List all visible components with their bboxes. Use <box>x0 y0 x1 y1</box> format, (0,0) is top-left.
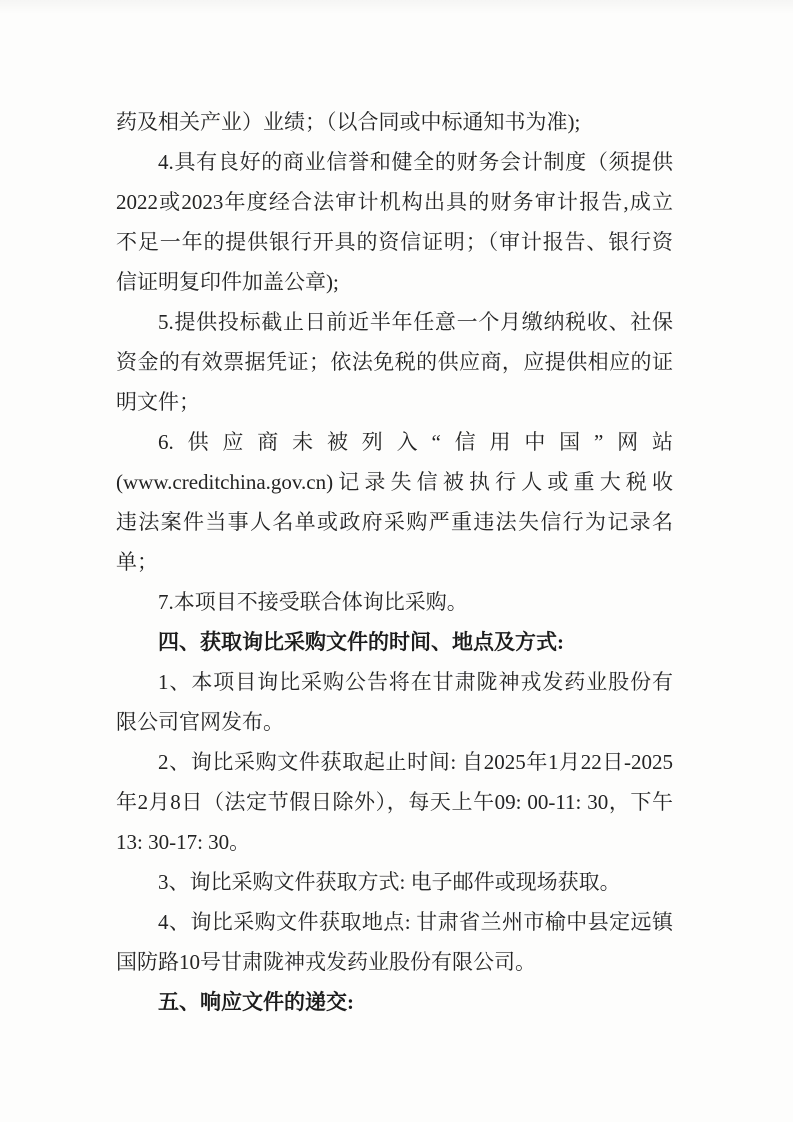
text-line-17: 2、询比采购文件获取起止时间: 自2025年1月22日-2025 <box>116 742 673 782</box>
document-page: 药及相关产业）业绩；（以合同或中标通知书为准);4.具有良好的商业信誉和健全的财… <box>0 0 793 1122</box>
text-line-20: 3、询比采购文件获取方式: 电子邮件或现场获取。 <box>116 862 673 902</box>
text-line-8: 明文件； <box>116 382 673 422</box>
text-line-18: 年2月8日（法定节假日除外），每天上午09: 00-11: 30，下午 <box>116 782 673 822</box>
text-line-16: 限公司官网发布。 <box>116 702 673 742</box>
text-line-23: 五、响应文件的递交: <box>116 982 673 1022</box>
text-line-9: 6.供应商未被列入“信用中国”网站 <box>116 422 673 462</box>
text-line-1: 药及相关产业）业绩；（以合同或中标通知书为准); <box>116 102 673 142</box>
text-line-19: 13: 30-17: 30。 <box>116 822 673 862</box>
text-line-7: 资金的有效票据凭证；依法免税的供应商，应提供相应的证 <box>116 342 673 382</box>
text-line-22: 国防路10号甘肃陇神戎发药业股份有限公司。 <box>116 942 673 982</box>
text-line-5: 信证明复印件加盖公章); <box>116 262 673 302</box>
text-line-12: 单； <box>116 542 673 582</box>
text-line-2: 4.具有良好的商业信誉和健全的财务会计制度（须提供 <box>116 142 673 182</box>
text-line-13: 7.本项目不接受联合体询比采购。 <box>116 582 673 622</box>
text-line-21: 4、询比采购文件获取地点: 甘肃省兰州市榆中县定远镇 <box>116 902 673 942</box>
text-line-15: 1、本项目询比采购公告将在甘肃陇神戎发药业股份有 <box>116 662 673 702</box>
text-line-3: 2022或2023年度经合法审计机构出具的财务审计报告,成立 <box>116 182 673 222</box>
text-line-6: 5.提供投标截止日前近半年任意一个月缴纳税收、社保 <box>116 302 673 342</box>
text-line-10: (www.creditchina.gov.cn)记录失信被执行人或重大税收 <box>116 462 673 502</box>
text-line-11: 违法案件当事人名单或政府采购严重违法失信行为记录名 <box>116 502 673 542</box>
text-line-14: 四、获取询比采购文件的时间、地点及方式: <box>116 622 673 662</box>
text-line-4: 不足一年的提供银行开具的资信证明；（审计报告、银行资 <box>116 222 673 262</box>
document-text-block: 药及相关产业）业绩；（以合同或中标通知书为准);4.具有良好的商业信誉和健全的财… <box>116 102 673 1022</box>
